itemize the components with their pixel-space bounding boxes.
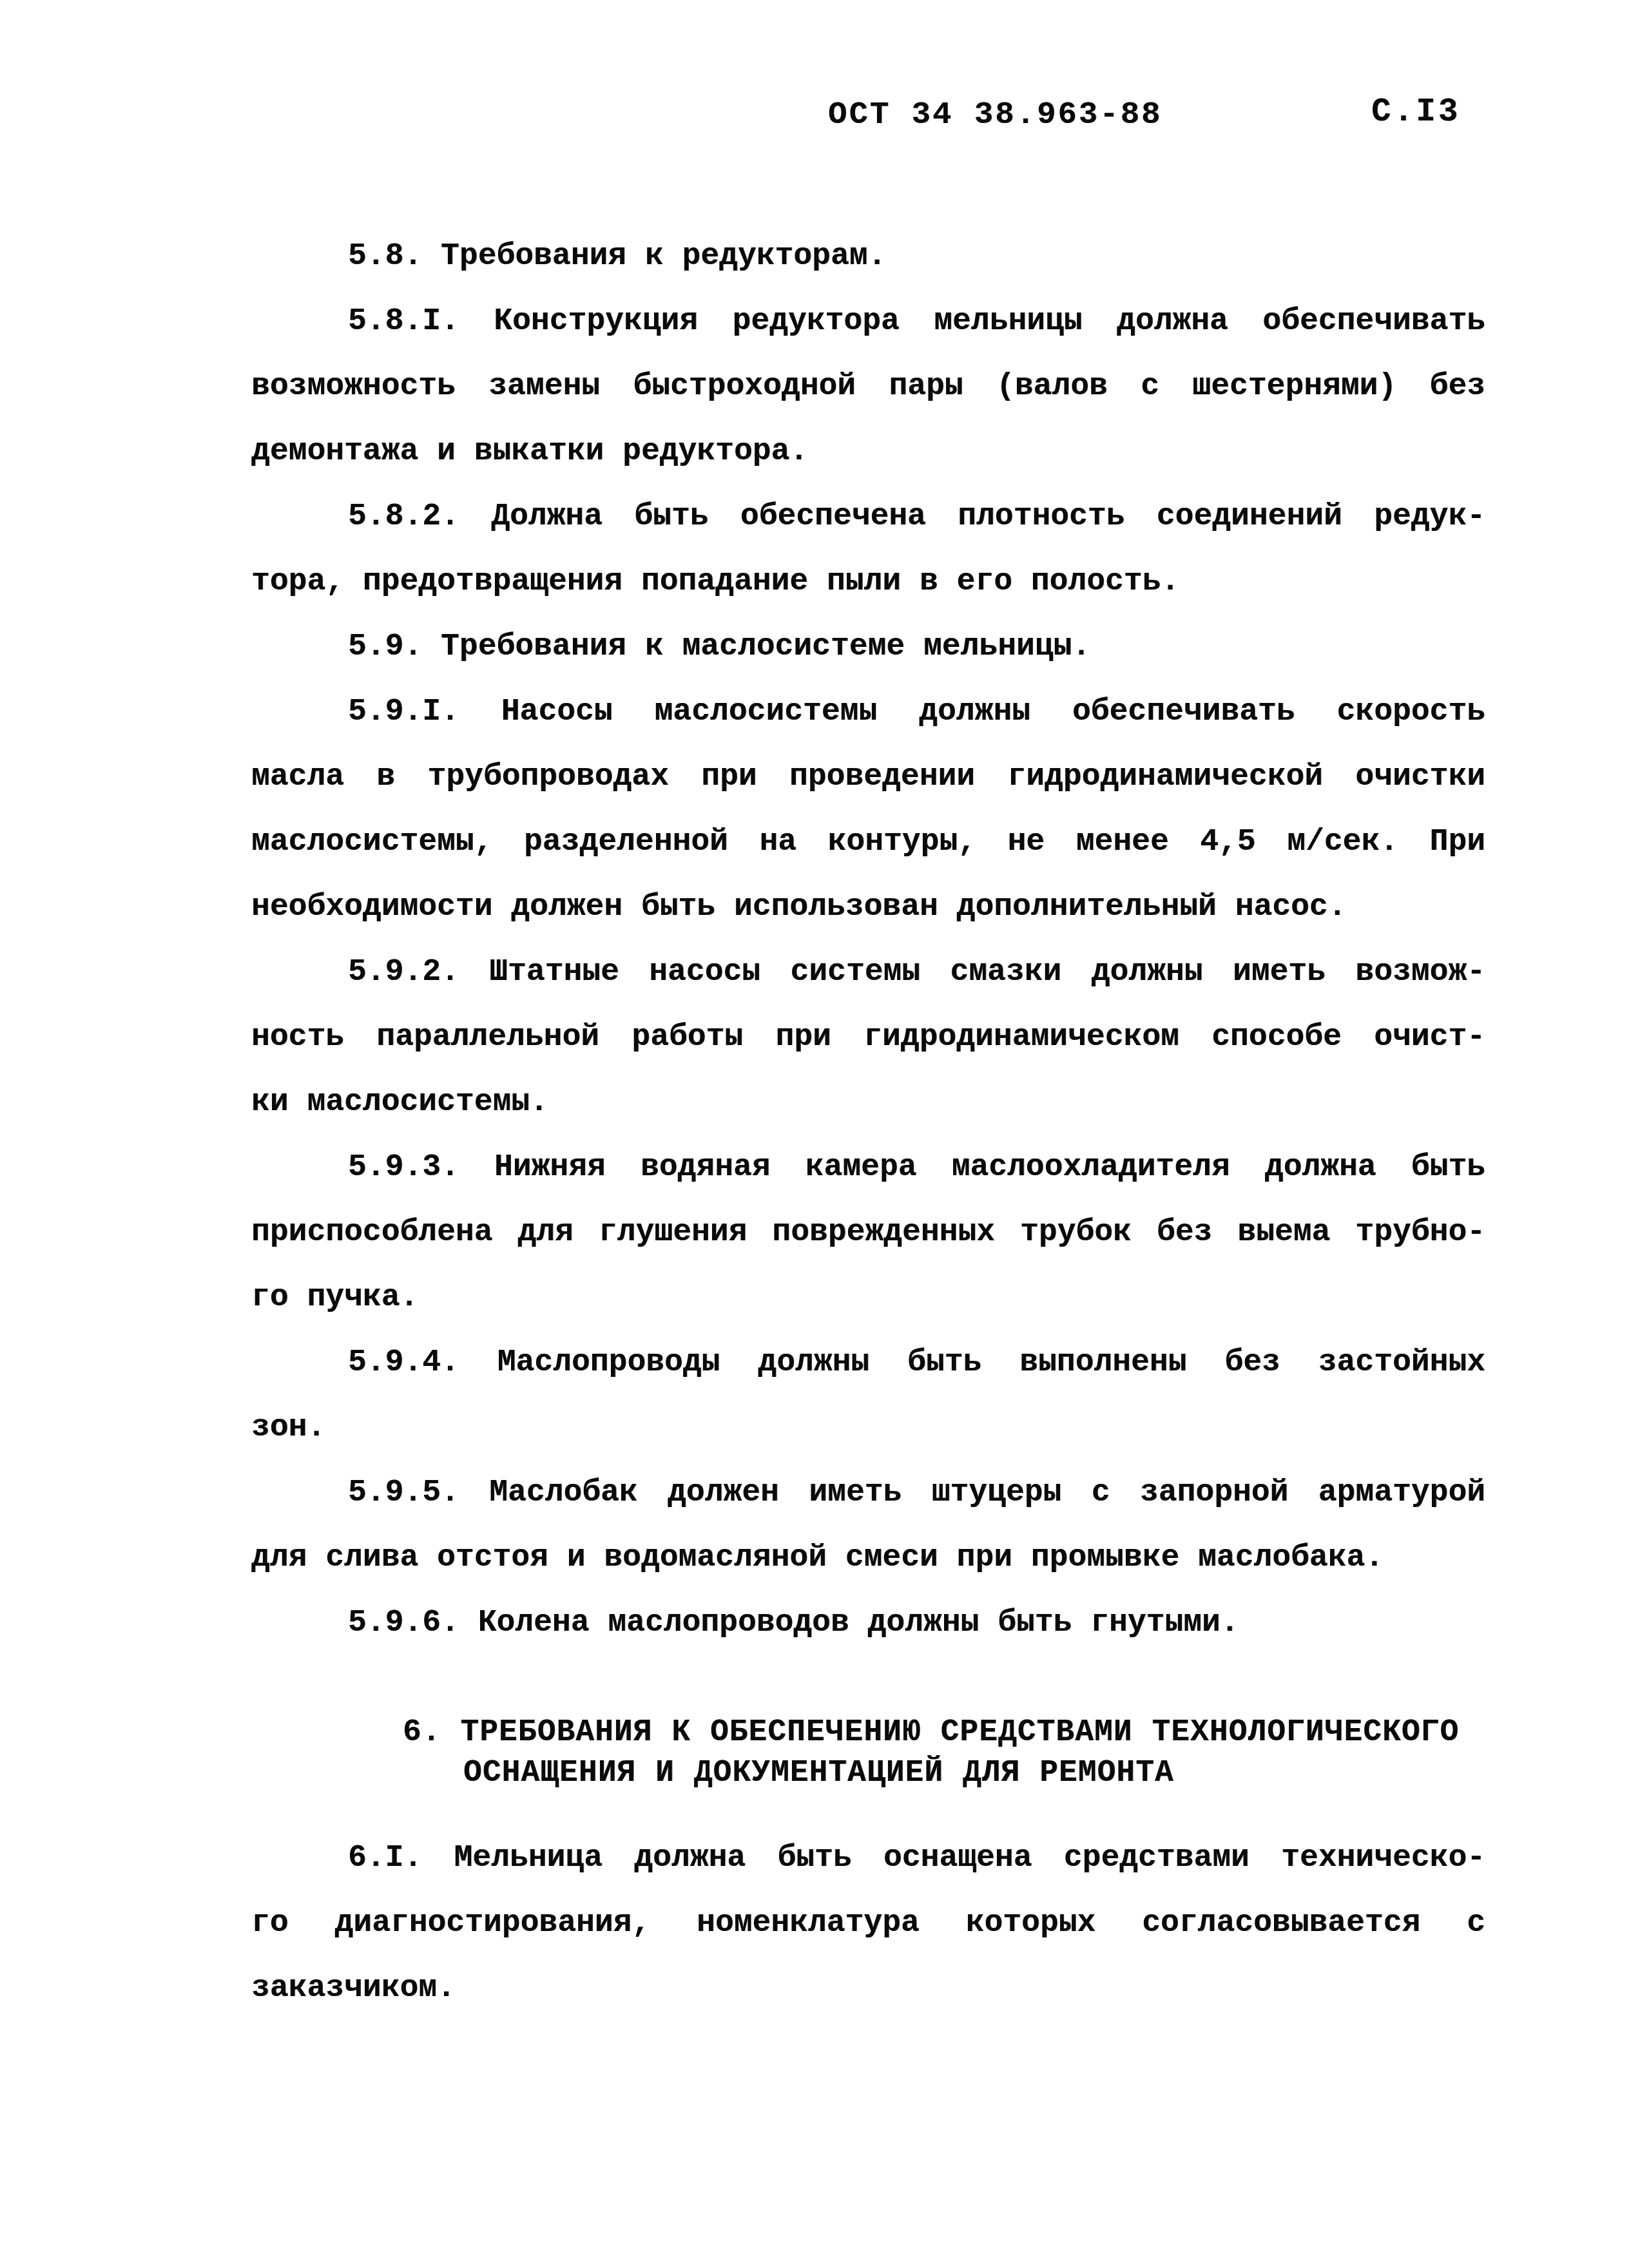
text-line: 5.8.2. Должна быть обеспечена плотность … [251, 485, 1485, 550]
text-line: 5.9. Требования к маслосистеме мельницы. [251, 615, 1485, 680]
running-header: ОСТ 34 38.963-88 С.I3 [0, 97, 1640, 142]
paragraph: 5.9.4. Маслопроводы должны быть выполнен… [251, 1331, 1485, 1461]
text-line: ки маслосистемы. [251, 1070, 1485, 1135]
paragraph: 5.9.2. Штатные насосы системы смазки дол… [251, 940, 1485, 1135]
text-line: приспособлена для глушения поврежденных … [251, 1200, 1485, 1265]
text-line: 5.8.I. Конструкция редуктора мельницы до… [251, 289, 1485, 354]
standard-code: ОСТ 34 38.963-88 [828, 97, 1162, 133]
text-line: 5.9.6. Колена маслопроводов должны быть … [251, 1591, 1485, 1656]
text-line: тора, предотвращения попадание пыли в ег… [251, 550, 1485, 615]
text-line: 5.8. Требования к редукторам. [251, 224, 1485, 289]
text-line: 5.9.3. Нижняя водяная камера маслоохлади… [251, 1135, 1485, 1200]
text-line: масла в трубопроводах при проведении гид… [251, 745, 1485, 810]
text-line: го пучка. [251, 1265, 1485, 1331]
paragraph: 5.8. Требования к редукторам. [251, 224, 1485, 289]
text-line: маслосистемы, разделенной на контуры, не… [251, 810, 1485, 875]
text-line: возможность замены быстроходной пары (ва… [251, 354, 1485, 419]
page-number: С.I3 [1371, 94, 1460, 131]
paragraph: 5.9. Требования к маслосистеме мельницы. [251, 615, 1485, 680]
text-line: 6. ТРЕБОВАНИЯ К ОБЕСПЕЧЕНИЮ СРЕДСТВАМИ Т… [463, 1713, 1485, 1753]
text-line: необходимости должен быть использован до… [251, 875, 1485, 940]
paragraph: 5.9.3. Нижняя водяная камера маслоохлади… [251, 1135, 1485, 1331]
text-line: го диагностирования, номенклатура которы… [251, 1891, 1485, 1956]
text-line: 5.9.4. Маслопроводы должны быть выполнен… [251, 1331, 1485, 1396]
text-line: 5.9.2. Штатные насосы системы смазки дол… [251, 940, 1485, 1005]
text-line: ность параллельной работы при гидродинам… [251, 1005, 1485, 1070]
paragraph: 5.9.I. Насосы маслосистемы должны обеспе… [251, 680, 1485, 940]
paragraph: 6.I. Мельница должна быть оснащена средс… [251, 1826, 1485, 2021]
paragraph: 5.8.2. Должна быть обеспечена плотность … [251, 485, 1485, 615]
text-line: ОСНАЩЕНИЯ И ДОКУМЕНТАЦИЕЙ ДЛЯ РЕМОНТА [463, 1753, 1485, 1794]
text-line: зон. [251, 1396, 1485, 1461]
text-line: демонтажа и выкатки редуктора. [251, 419, 1485, 485]
section-heading: 6. ТРЕБОВАНИЯ К ОБЕСПЕЧЕНИЮ СРЕДСТВАМИ Т… [463, 1713, 1485, 1794]
text-line: 6.I. Мельница должна быть оснащена средс… [251, 1826, 1485, 1891]
text-line: для слива отстоя и водомасляной смеси пр… [251, 1526, 1485, 1591]
paragraph: 5.9.5. Маслобак должен иметь штуцеры с з… [251, 1461, 1485, 1591]
text-line: заказчиком. [251, 1956, 1485, 2021]
paragraph: 5.8.I. Конструкция редуктора мельницы до… [251, 289, 1485, 485]
text-line: 5.9.5. Маслобак должен иметь штуцеры с з… [251, 1461, 1485, 1526]
document-body: 5.8. Требования к редукторам.5.8.I. Конс… [251, 224, 1485, 2021]
document-page: ОСТ 34 38.963-88 С.I3 5.8. Требования к … [0, 0, 1640, 2268]
paragraph: 5.9.6. Колена маслопроводов должны быть … [251, 1591, 1485, 1656]
text-line: 5.9.I. Насосы маслосистемы должны обеспе… [251, 680, 1485, 745]
